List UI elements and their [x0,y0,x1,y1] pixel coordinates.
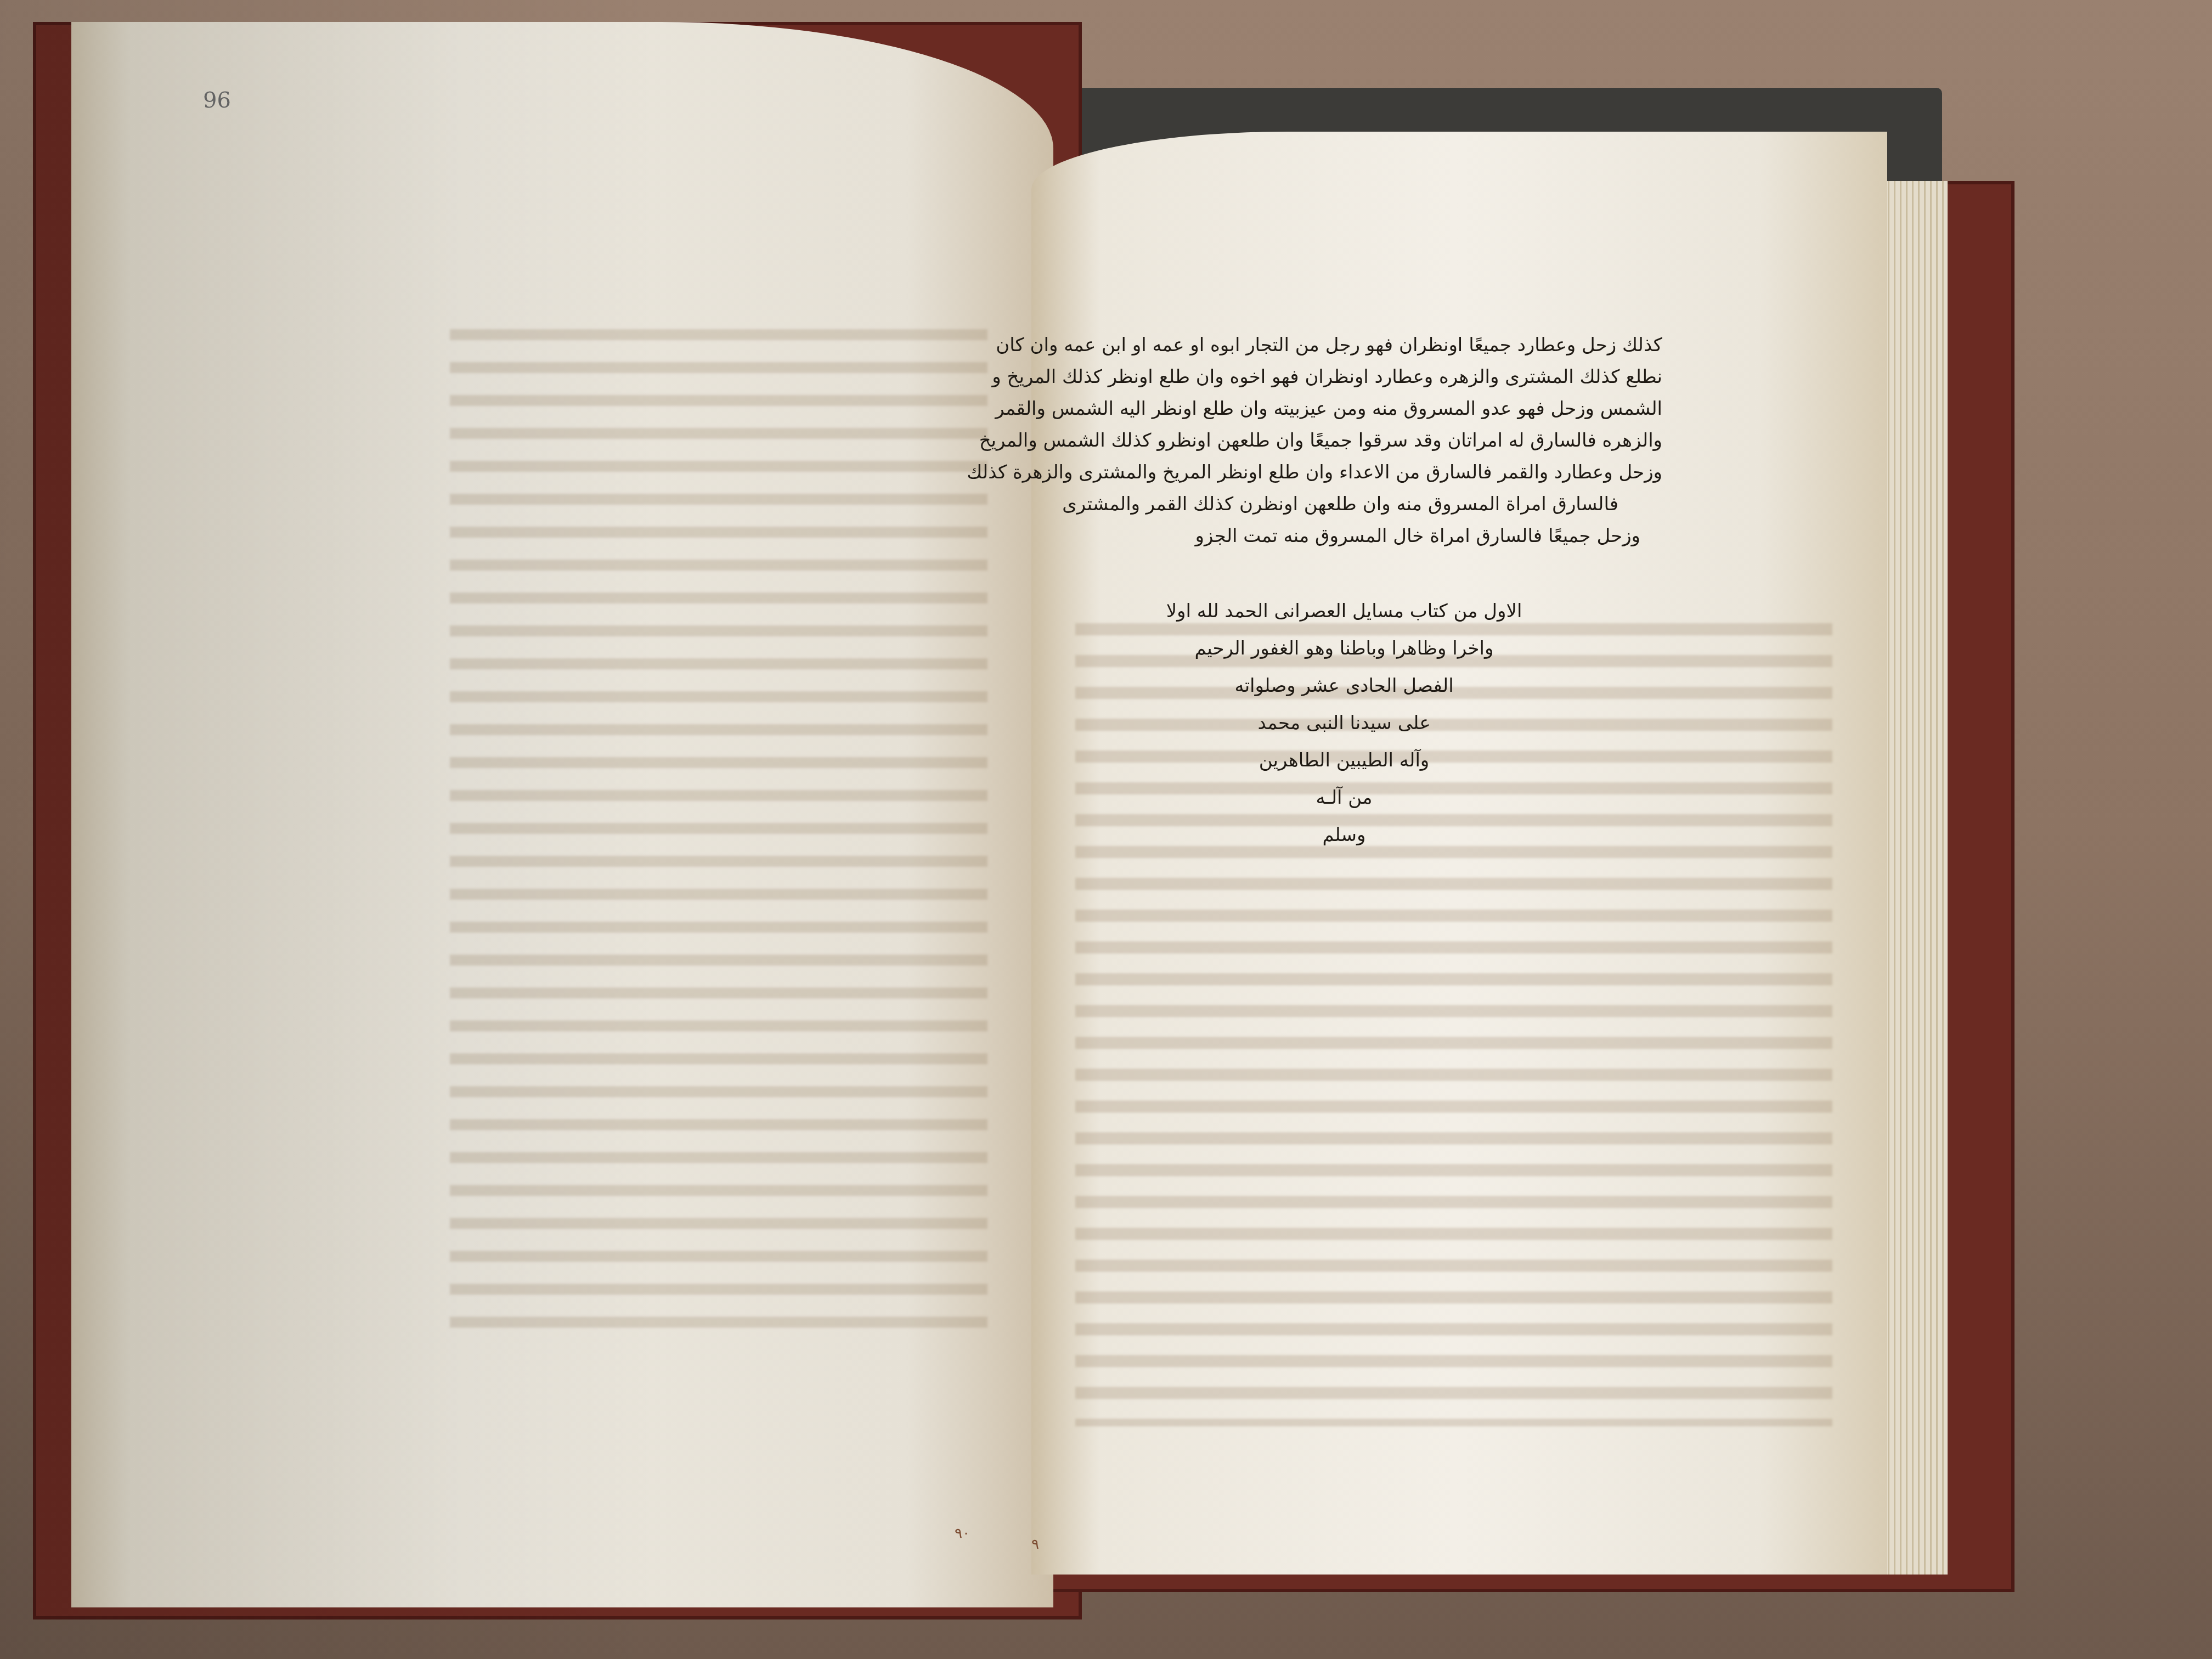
text-line: كذلك زحل وعطارد جميعًا اونظران فهو رجل م… [1070,329,1662,361]
colophon-line: وسلم [1070,816,1618,854]
colophon-line: الفصل الحادى عشر وصلواته [1070,667,1618,704]
colophon-line: وآله الطيبين الطاهرين [1070,742,1618,779]
text-line: والزهره فالسارق له امراتان وقد سرقوا جمي… [1070,425,1662,456]
colophon-line: الاول من كتاب مسايل العصرانى الحمد لله ا… [1070,592,1618,630]
colophon: الاول من كتاب مسايل العصرانى الحمد لله ا… [1070,592,1618,854]
lighting-shadow [0,0,658,1659]
text-line: فالسارق امراة المسروق منه وان طلعهن اونظ… [1070,488,1662,520]
manuscript-text: كذلك زحل وعطارد جميعًا اونظران فهو رجل م… [1070,329,1662,552]
text-line: نطلع كذلك المشترى والزهره وعطارد اونظران… [1070,361,1662,393]
right-page-marker: ٩ [1031,1536,1039,1553]
text-line: الشمس وزحل فهو عدو المسروق منه ومن عيزبي… [1070,393,1662,425]
text-line: وزحل جميعًا فالسارق امراة خال المسروق من… [1070,520,1662,552]
colophon-line: من آلـه [1070,779,1618,816]
colophon-line: واخرا وظاهرا وباطنا وهو الغفور الرحيم [1070,630,1618,667]
text-line: وزحل وعطارد والقمر فالسارق من الاعداء وا… [1070,456,1662,488]
left-page-marker: ٩٠ [955,1525,970,1542]
colophon-line: على سيدنا النبى محمد [1070,704,1618,742]
